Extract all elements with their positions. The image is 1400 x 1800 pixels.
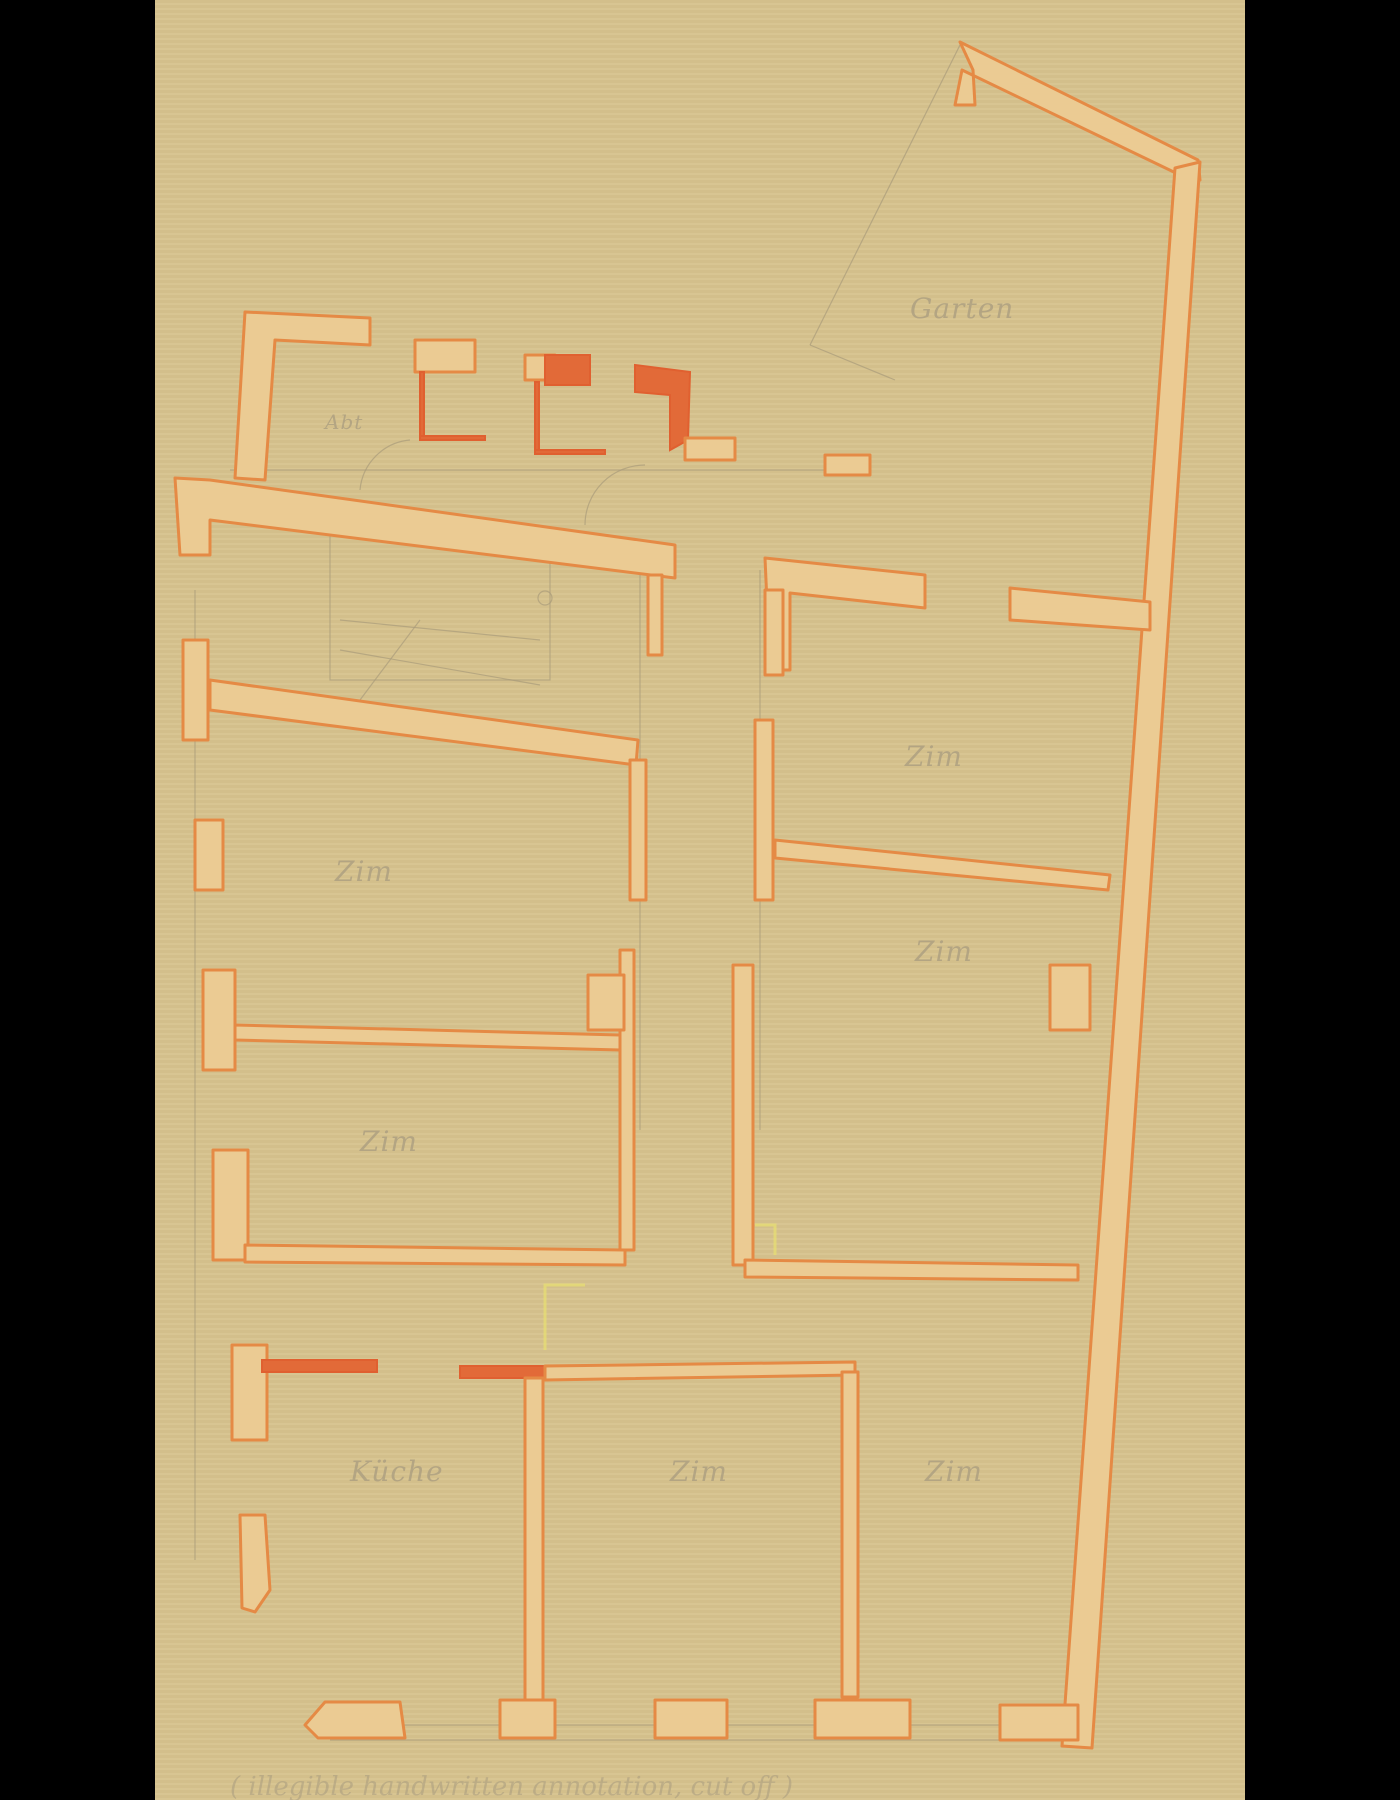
- room-label-bottom-center: Zim: [670, 1455, 728, 1488]
- yellow-mark: [755, 1225, 775, 1255]
- room-label-left-middle: Zim: [360, 1125, 418, 1158]
- room-label-right-middle: Zim: [915, 935, 973, 968]
- room-label-left-upper: Zim: [335, 855, 393, 888]
- room-label-annex: Abt: [325, 410, 363, 434]
- walls: [175, 42, 1200, 1748]
- room-label-bottom-right: Zim: [925, 1455, 983, 1488]
- room-label-bottom-left: Küche: [350, 1455, 444, 1488]
- room-label-right-upper: Zim: [905, 740, 963, 773]
- footnote-annotation: ( illegible handwritten annotation, cut …: [230, 1772, 793, 1800]
- pencil-lines: [195, 45, 1010, 1740]
- floor-plan-drawing: [0, 0, 1400, 1800]
- yellow-mark: [545, 1285, 585, 1350]
- room-label-courtyard: Garten: [910, 292, 1014, 325]
